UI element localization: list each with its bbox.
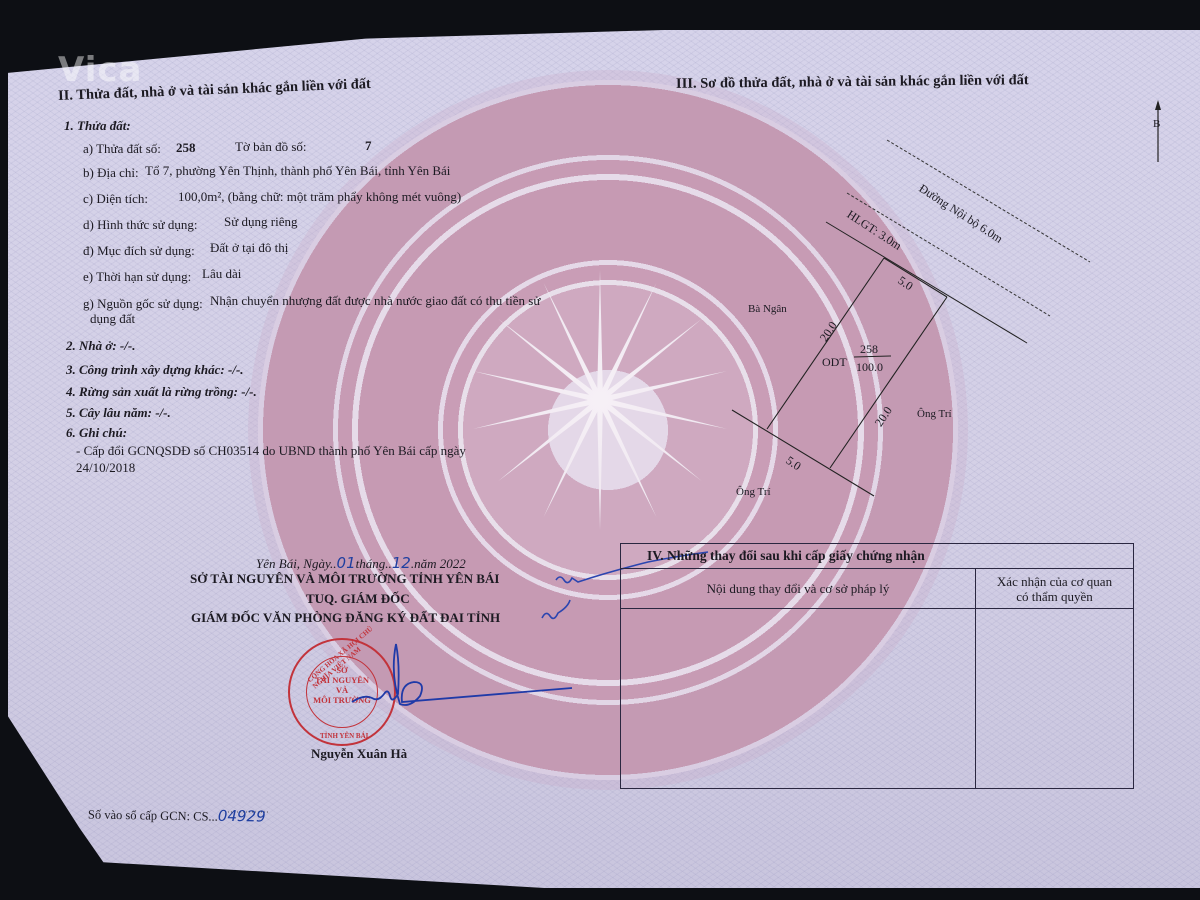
change-content-cell [621, 609, 976, 789]
registry-number: Số vào sổ cấp GCN: CS...04929 [88, 804, 266, 825]
col-confirm-line2: có thẩm quyền [977, 589, 1132, 604]
authority-cell [976, 609, 1134, 789]
registry-value: 04929 [218, 807, 266, 826]
changes-table: IV. Những thay đổi sau khi cấp giấy chứn… [620, 543, 1134, 789]
col-confirm-line1: Xác nhận của cơ quan [977, 574, 1132, 589]
registry-label: Số vào sổ cấp GCN: CS... [88, 807, 218, 823]
section-4-title: IV. Những thay đổi sau khi cấp giấy chứn… [621, 544, 1134, 569]
col-authority-confirmation: Xác nhận của cơ quan có thẩm quyền [976, 569, 1134, 609]
col-change-content: Nội dung thay đổi và cơ sở pháp lý [621, 569, 976, 609]
signer-name: Nguyễn Xuân Hà [311, 746, 407, 762]
